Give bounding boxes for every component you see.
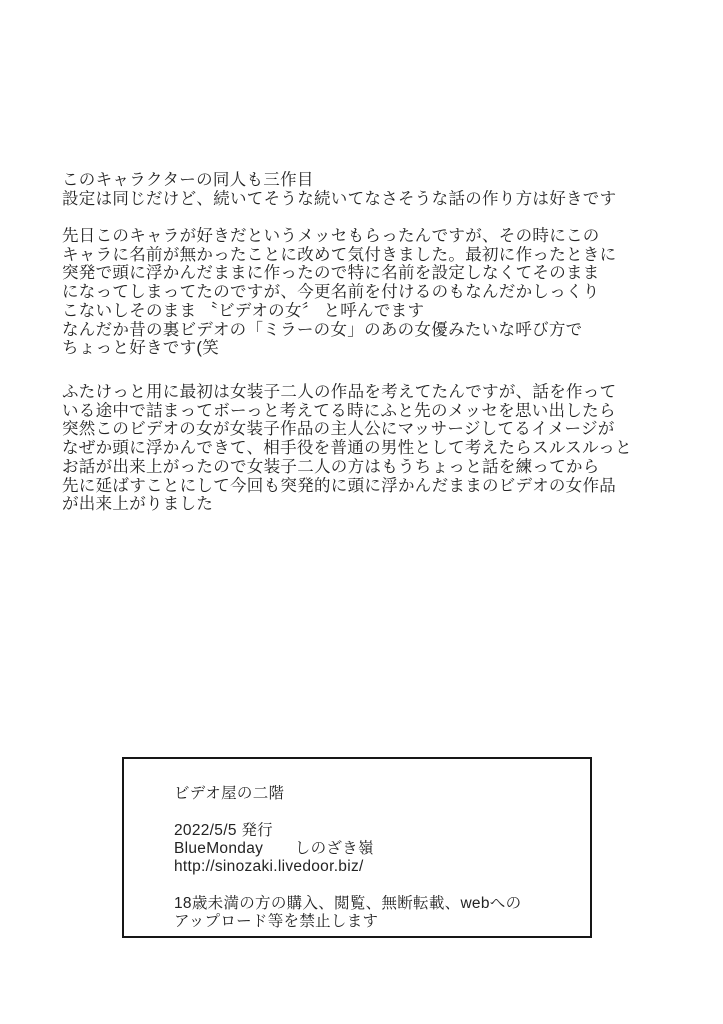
site-url: http://sinozaki.livedoor.biz/ xyxy=(174,858,521,876)
afterword-line: ふたけっと用に最初は女装子二人の作品を考えてたんですが、話を作って xyxy=(62,383,632,402)
afterword-paragraph-2: 先日このキャラが好きだというメッセもらったんですが、その時にこの キャラに名前が… xyxy=(62,227,616,358)
afterword-line: になってしまってたのですが、今更名前を付けるのもなんだかしっくり xyxy=(62,283,616,302)
colophon-box: ビデオ屋の二階 2022/5/5 発行 BlueMonday しのざき嶺 htt… xyxy=(122,757,592,938)
afterword-paragraph-1: このキャラクターの同人も三作目 設定は同じだけど、続いてそうな続いてなさそうな話… xyxy=(62,171,616,208)
doujinshi-afterword-page: このキャラクターの同人も三作目 設定は同じだけど、続いてそうな続いてなさそうな話… xyxy=(0,0,723,1024)
colophon-content: ビデオ屋の二階 2022/5/5 発行 BlueMonday しのざき嶺 htt… xyxy=(174,785,521,931)
afterword-line: 先日このキャラが好きだというメッセもらったんですが、その時にこの xyxy=(62,227,616,246)
afterword-line: 設定は同じだけど、続いてそうな続いてなさそうな話の作り方は好きです xyxy=(62,190,616,209)
circle-author: BlueMonday しのざき嶺 xyxy=(174,840,521,858)
book-title: ビデオ屋の二階 xyxy=(174,785,521,803)
age-restriction-notice-line: アップロード等を禁止します xyxy=(174,913,521,931)
afterword-line: 突然このビデオの女が女装子作品の主人公にマッサージしてるイメージが xyxy=(62,420,632,439)
publish-date: 2022/5/5 発行 xyxy=(174,822,521,840)
afterword-line: が出来上がりました xyxy=(62,495,632,514)
afterword-line: こないしそのまま 〝ビデオの女〞 と呼んでます xyxy=(62,302,616,321)
afterword-line: 突発で頭に浮かんだままに作ったので特に名前を設定しなくてそのまま xyxy=(62,264,616,283)
afterword-line: いる途中で詰まってボーっと考えてる時にふと先のメッセを思い出したら xyxy=(62,402,632,421)
afterword-line: このキャラクターの同人も三作目 xyxy=(62,171,616,190)
afterword-line: お話が出来上がったので女装子二人の方はもうちょっと話を練ってから xyxy=(62,458,632,477)
afterword-line: キャラに名前が無かったことに改めて気付きました。最初に作ったときに xyxy=(62,246,616,265)
afterword-paragraph-3: ふたけっと用に最初は女装子二人の作品を考えてたんですが、話を作って いる途中で詰… xyxy=(62,383,632,514)
afterword-line: なぜか頭に浮かんできて、相手役を普通の男性として考えたらスルスルっと xyxy=(62,439,632,458)
afterword-line: ちょっと好きです(笑 xyxy=(62,339,616,358)
afterword-line: 先に延ばすことにして今回も突発的に頭に浮かんだままのビデオの女作品 xyxy=(62,477,632,496)
age-restriction-notice-line: 18歳未満の方の購入、閲覧、無断転載、webへの xyxy=(174,895,521,913)
afterword-line: なんだか昔の裏ビデオの「ミラーの女」のあの女優みたいな呼び方で xyxy=(62,321,616,340)
